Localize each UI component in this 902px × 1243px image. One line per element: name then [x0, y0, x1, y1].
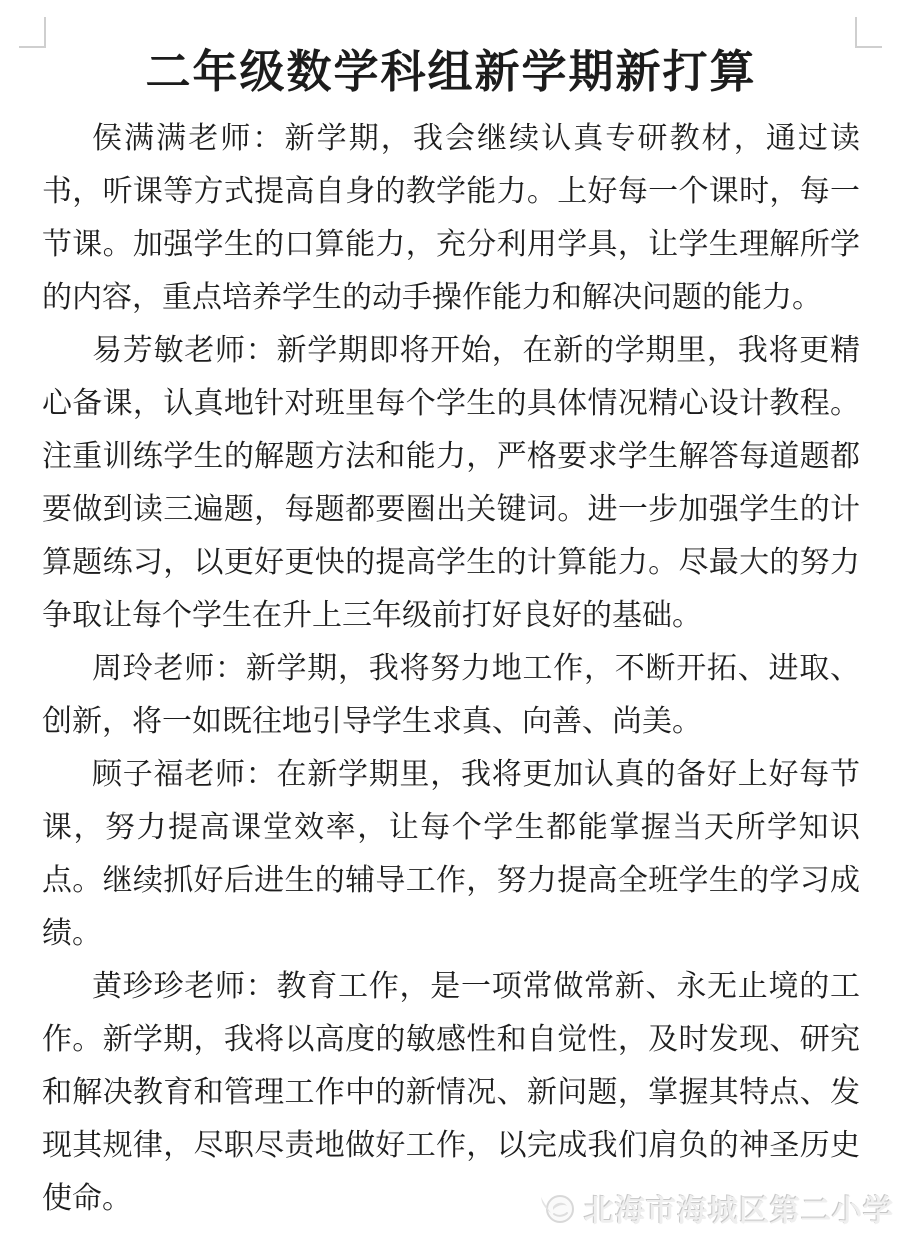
text-line: 现其规律，尽职尽责地做好工作，以完成我们肩负的神圣历史 [42, 1119, 860, 1172]
text-line: 算题练习，以更好更快的提高学生的计算能力。尽最大的努力 [42, 536, 860, 589]
document-page: 二年级数学科组新学期新打算 侯满满老师：新学期，我会继续认真专研教材，通过读书，… [0, 0, 902, 1243]
text-line: 节课。加强学生的口算能力，充分利用学具，让学生理解所学 [42, 218, 860, 271]
margin-corner-top-right-mark [855, 17, 882, 48]
text-line: 注重训练学生的解题方法和能力，严格要求学生解答每道题都 [42, 430, 860, 483]
margin-corner-top-left-mark [19, 17, 46, 48]
text-line: 周玲老师：新学期，我将努力地工作，不断开拓、进取、 [42, 642, 860, 695]
text-line: 黄珍珍老师：教育工作，是一项常做常新、永无止境的工 [42, 960, 860, 1013]
paragraph: 顾子福老师：在新学期里，我将更加认真的备好上好每节课，努力提高课堂效率，让每个学… [42, 748, 860, 960]
text-line: 点。继续抓好后进生的辅导工作，努力提高全班学生的学习成 [42, 854, 860, 907]
school-watermark-text: 北海市海城区第二小学 [584, 1186, 894, 1230]
text-line: 争取让每个学生在升上三年级前打好良好的基础。 [42, 589, 860, 642]
text-line: 创新，将一如既往地引导学生求真、向善、尚美。 [42, 695, 860, 748]
text-line: 和解决教育和管理工作中的新情况、新问题，掌握其特点、发 [42, 1066, 860, 1119]
text-line: 要做到读三遍题，每题都要圈出关键词。进一步加强学生的计 [42, 483, 860, 536]
text-line: 课，努力提高课堂效率，让每个学生都能掌握当天所学知识 [42, 801, 860, 854]
text-line: 顾子福老师：在新学期里，我将更加认真的备好上好每节 [42, 748, 860, 801]
school-emblem-icon [537, 1187, 579, 1229]
school-watermark: 北海市海城区第二小学 [537, 1186, 894, 1230]
text-line: 书，听课等方式提高自身的教学能力。上好每一个课时，每一 [42, 165, 860, 218]
text-line: 心备课，认真地针对班里每个学生的具体情况精心设计教程。 [42, 377, 860, 430]
text-line: 易芳敏老师：新学期即将开始，在新的学期里，我将更精 [42, 324, 860, 377]
text-line: 侯满满老师：新学期，我会继续认真专研教材，通过读 [42, 112, 860, 165]
document-body: 侯满满老师：新学期，我会继续认真专研教材，通过读书，听课等方式提高自身的教学能力… [0, 112, 902, 1225]
paragraph: 侯满满老师：新学期，我会继续认真专研教材，通过读书，听课等方式提高自身的教学能力… [42, 112, 860, 324]
paragraph: 周玲老师：新学期，我将努力地工作，不断开拓、进取、创新，将一如既往地引导学生求真… [42, 642, 860, 748]
text-line: 绩。 [42, 907, 860, 960]
text-line: 作。新学期，我将以高度的敏感性和自觉性，及时发现、研究 [42, 1013, 860, 1066]
text-line: 的内容，重点培养学生的动手操作能力和解决问题的能力。 [42, 271, 860, 324]
paragraph: 易芳敏老师：新学期即将开始，在新的学期里，我将更精心备课，认真地针对班里每个学生… [42, 324, 860, 642]
document-title: 二年级数学科组新学期新打算 [0, 44, 902, 100]
